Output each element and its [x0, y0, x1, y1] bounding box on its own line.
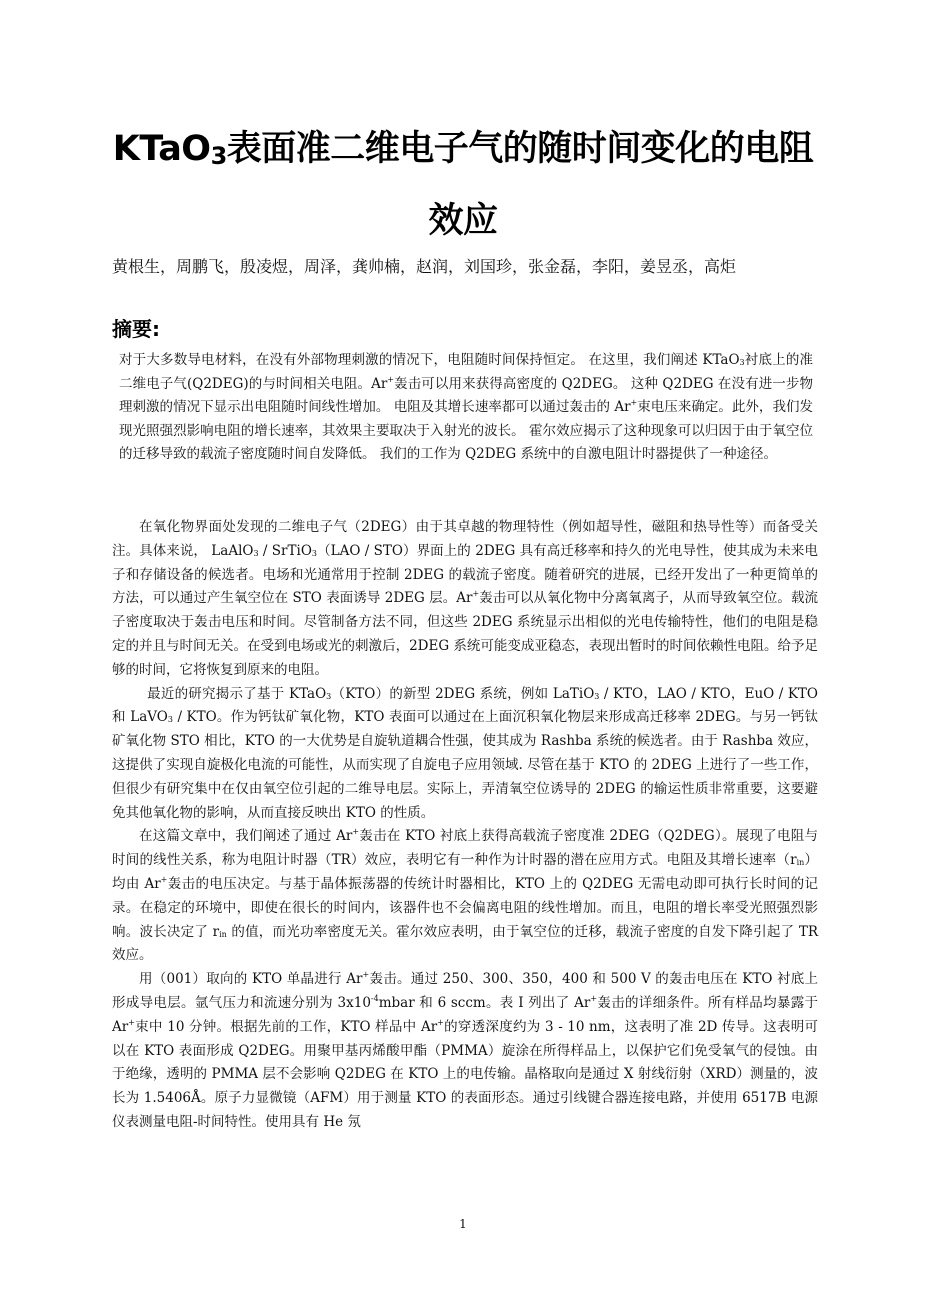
superscript: +	[387, 375, 394, 384]
paper-title-line-2: 效应	[100, 193, 826, 243]
title-formula: KTaO	[113, 129, 211, 169]
abstract-heading: 摘要:	[112, 313, 160, 342]
title-text: 表面准二维电子气的随时间变化的电阻	[227, 129, 814, 169]
paragraph-this-work: 在这篇文章中，我们阐述了通过 Ar+轰击在 KTO 衬底上获得高载流子密度准 2…	[112, 825, 818, 968]
superscript: +	[437, 1018, 444, 1027]
text-segment: / KTO。作为钙钛矿氧化物，KTO 表面可以通过在上面沉积氧化物层来形成高迁移…	[112, 709, 818, 820]
text-segment: 在这篇文章中，我们阐述了通过 Ar	[139, 828, 352, 844]
author-list: 黄根生，周鹏飞，殷凌煜，周泽，龚帅楠，赵润，刘国珍，张金磊，李阳，姜昱丞，高炬	[112, 254, 818, 280]
text-segment: 束中 10 分钟。根据先前的工作，KTO 样品中 Ar	[135, 1019, 437, 1035]
abstract-segment: 对于大多数导电材料，在没有外部物理刺激的情况下，电阻随时间保持恒定。 在这里，我…	[119, 352, 740, 368]
paragraph-intro: 在氧化物界面处发现的二维电子气（2DEG）由于其卓越的物理特性（例如超导性，磁阻…	[112, 516, 818, 683]
paper-title-line-1: KTaO3表面准二维电子气的随时间变化的电阻	[100, 121, 826, 171]
text-segment: mbar 和 6 sccm。表 I 列出了 Ar	[379, 995, 591, 1011]
text-segment: / SrTiO	[259, 543, 312, 559]
paragraph-methods: 用（001）取向的 KTO 单晶进行 Ar+轰击。通过 250、300、350，…	[112, 968, 818, 1135]
body-text: 在氧化物界面处发现的二维电子气（2DEG）由于其卓越的物理特性（例如超导性，磁阻…	[112, 516, 818, 1135]
superscript: +	[128, 1018, 135, 1027]
title-subscript: 3	[211, 142, 227, 170]
text-segment: （KTO）的新型 2DEG 系统，例如 LaTiO	[331, 686, 594, 702]
subscript: in	[219, 930, 227, 939]
page-number: 1	[0, 1217, 926, 1231]
superscript: -4	[371, 994, 379, 1003]
text-segment: 用（001）取向的 KTO 单晶进行 Ar	[139, 971, 363, 987]
paragraph-kto-systems: 最近的研究揭示了基于 KTaO3（KTO）的新型 2DEG 系统，例如 LaTi…	[112, 683, 818, 826]
text-segment: 的穿透深度约为 3 - 10 nm，这表明了准 2D 传导。这表明可以在 KTO…	[112, 1019, 818, 1130]
document-page: KTaO3表面准二维电子气的随时间变化的电阻 效应 黄根生，周鹏飞，殷凌煜，周泽…	[0, 0, 926, 1309]
abstract-text: 对于大多数导电材料，在没有外部物理刺激的情况下，电阻随时间保持恒定。 在这里，我…	[119, 349, 813, 467]
text-segment: 最近的研究揭示了基于 KTaO	[147, 686, 326, 702]
